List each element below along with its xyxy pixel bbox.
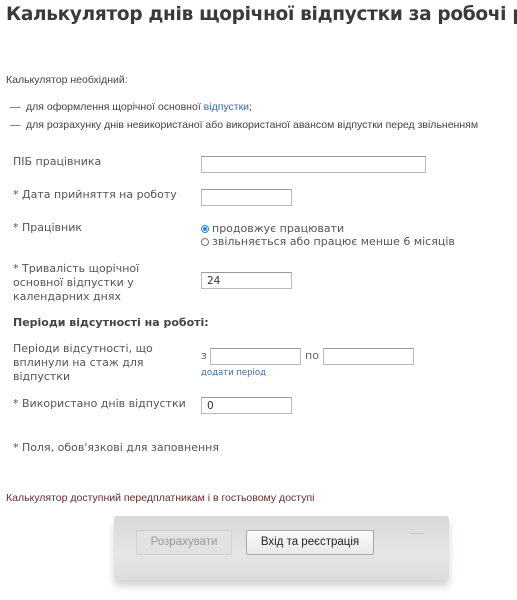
used-days-label: * Використано днів відпустки bbox=[13, 397, 186, 411]
action-panel: Розрахувати Вхід та реєстрація bbox=[114, 516, 449, 580]
intro-text: Калькулятор необхідний: bbox=[6, 74, 128, 86]
page-title: Калькулятор днів щорічної відпустки за р… bbox=[6, 4, 517, 25]
absence-section-title: Періоди відсутності на роботі: bbox=[13, 316, 209, 329]
to-label: по bbox=[305, 349, 319, 362]
purpose-item: —для розрахунку днів невикористаної або … bbox=[10, 116, 478, 134]
purpose-list: —для оформлення щорічної основної відпус… bbox=[10, 98, 478, 134]
radio-leaving[interactable]: звільняється або працює менше 6 місяців bbox=[201, 235, 455, 248]
employee-name-label: ПІБ працівника bbox=[13, 155, 101, 169]
calculate-button[interactable]: Розрахувати bbox=[136, 530, 232, 555]
panel-divider bbox=[410, 533, 424, 534]
hire-date-input[interactable] bbox=[201, 189, 292, 206]
add-period-link[interactable]: додати період bbox=[201, 368, 266, 378]
dash-icon: — bbox=[10, 98, 26, 116]
radio-unselected-icon[interactable] bbox=[201, 238, 209, 246]
employee-status-label: * Працівник bbox=[13, 221, 82, 235]
dash-icon: — bbox=[10, 116, 26, 134]
hire-date-label: * Дата прийняття на роботу bbox=[13, 188, 177, 202]
leave-duration-input[interactable] bbox=[201, 272, 292, 289]
period-from-input[interactable] bbox=[210, 348, 301, 365]
access-note: Калькулятор доступний передплатникам і в… bbox=[6, 492, 314, 504]
vacation-link[interactable]: відпустки bbox=[204, 101, 249, 113]
required-fields-note: * Поля, обов'язкові для заповнення bbox=[13, 441, 219, 454]
radio-continues-working[interactable]: продовжує працювати bbox=[201, 222, 344, 235]
radio-selected-icon[interactable] bbox=[201, 225, 209, 233]
leave-duration-label: * Тривалість щорічної основної відпустки… bbox=[13, 262, 139, 304]
absence-periods-label: Періоди відсутності, що вплинули на стаж… bbox=[13, 342, 153, 384]
period-to-input[interactable] bbox=[323, 348, 414, 365]
login-register-button[interactable]: Вхід та реєстрація bbox=[246, 530, 374, 555]
used-days-input[interactable] bbox=[201, 397, 292, 414]
purpose-item: —для оформлення щорічної основної відпус… bbox=[10, 98, 478, 116]
from-label: з bbox=[201, 349, 207, 362]
employee-name-input[interactable] bbox=[201, 156, 426, 173]
